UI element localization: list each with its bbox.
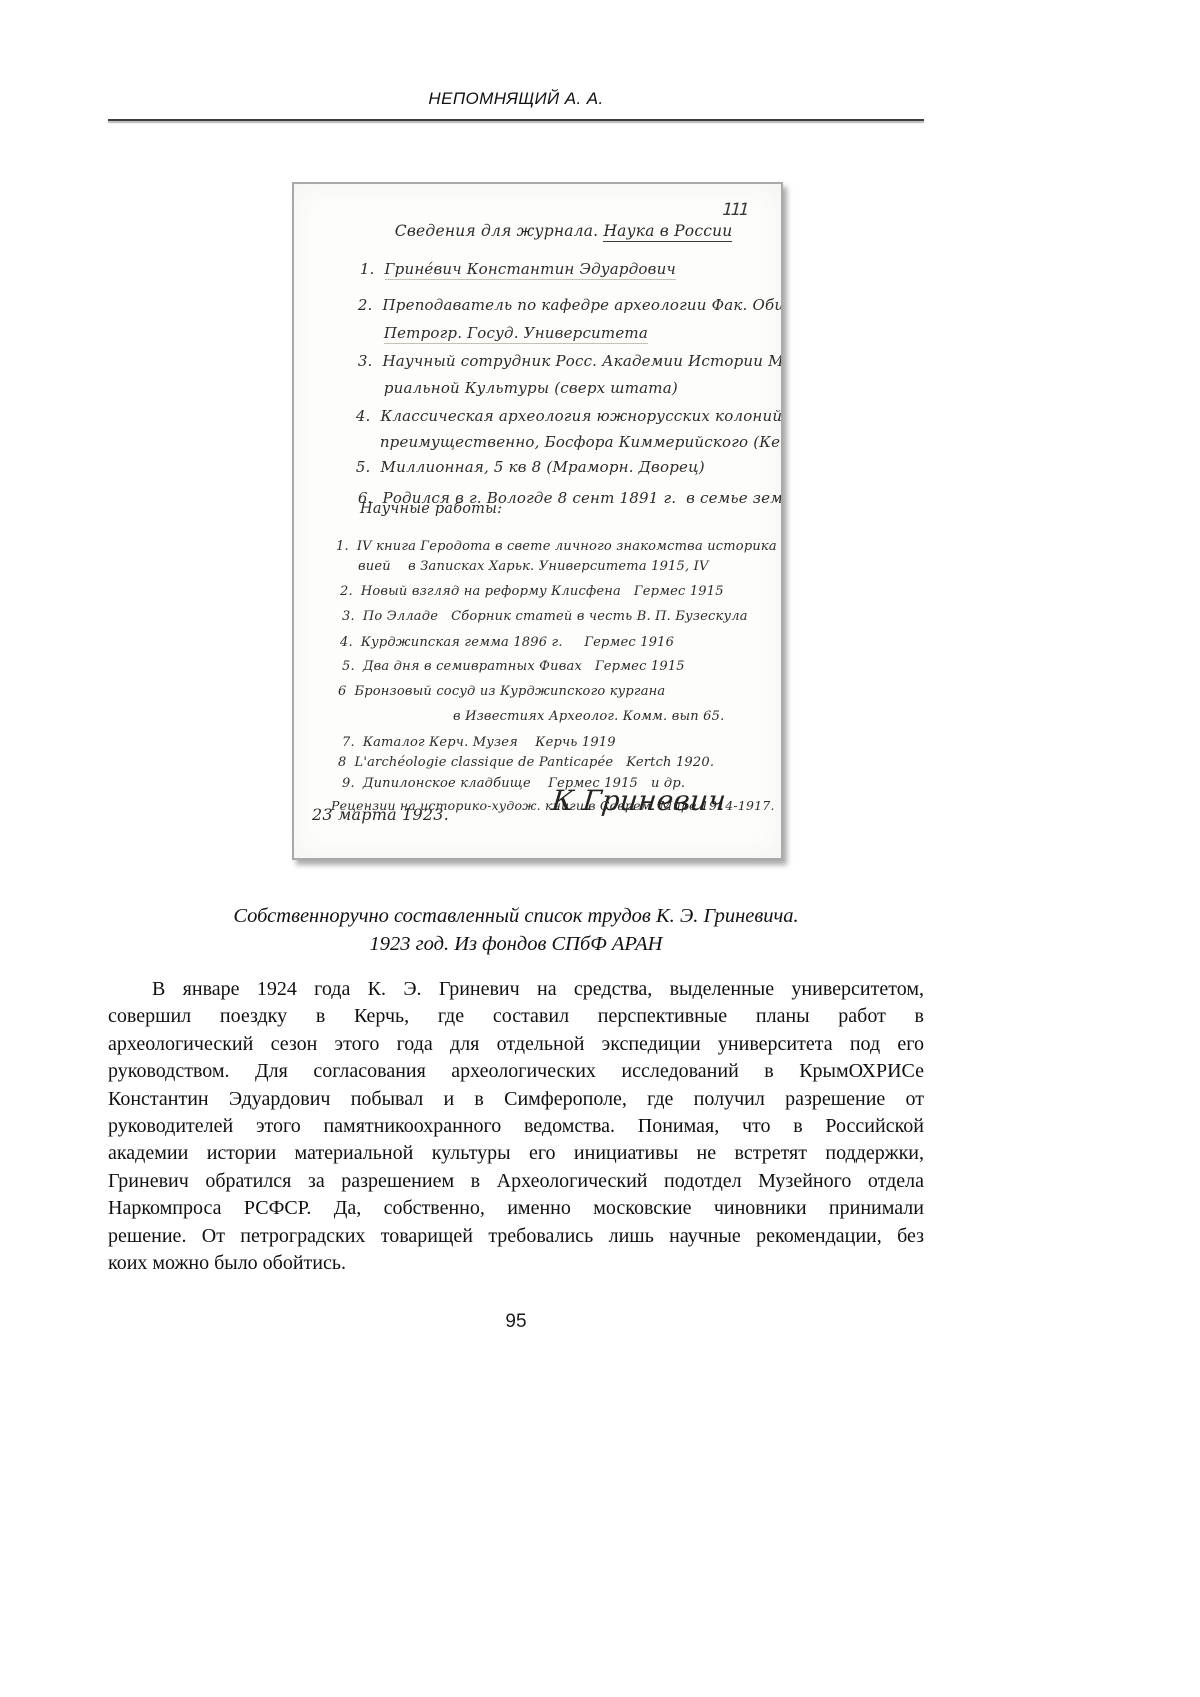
body-text-line: Наркомпроса РСФСР. Да, собственно, именн… xyxy=(108,1195,924,1222)
body-text-line: коих можно было обойтись. xyxy=(108,1250,924,1277)
body-text-line: руководителей этого памятникоохранного в… xyxy=(108,1113,924,1140)
scanned-document: Сведения для журнала. Наука в России 111… xyxy=(292,182,783,860)
body-text-line: академии истории материальной культуры е… xyxy=(108,1140,924,1167)
caption-line-2: 1923 год. Из фондов СПбФ АРАН xyxy=(108,930,924,958)
hw-title-underlined: Наука в России xyxy=(603,222,732,242)
body-text-line: Гриневич обратился за разрешением в Архе… xyxy=(108,1168,924,1195)
running-head: НЕПОМНЯЩИЙ А. А. xyxy=(108,89,924,109)
hw-signature: К Гриневич xyxy=(550,784,727,817)
body-text-line: совершил поездку в Керчь, где составил п… xyxy=(108,1003,924,1030)
body-text-line: археологический сезон этого года для отд… xyxy=(108,1031,924,1058)
header-rule xyxy=(108,119,924,121)
page: НЕПОМНЯЩИЙ А. А. Сведения для журнала. Н… xyxy=(0,0,1200,1697)
hw-works-header: Научные работы: xyxy=(360,501,502,517)
page-number: 95 xyxy=(108,1311,924,1333)
hw-title-prefix: Сведения для журнала. xyxy=(395,222,604,240)
hw-corner-mark: 111 xyxy=(720,200,750,220)
body-text-line: решение. От петроградских товарищей треб… xyxy=(108,1223,924,1250)
body-paragraph: В январе 1924 года К. Э. Гриневич на сре… xyxy=(108,976,924,1277)
figure-caption: Собственноручно составленный список труд… xyxy=(108,902,924,958)
body-text-line: В январе 1924 года К. Э. Гриневич на сре… xyxy=(108,976,924,1003)
caption-line-1: Собственноручно составленный список труд… xyxy=(108,902,924,930)
body-text-line: Константин Эдуардович побывал и в Симфер… xyxy=(108,1086,924,1113)
body-text-line: руководством. Для согласования археологи… xyxy=(108,1058,924,1085)
hw-date: 23 марта 1923. xyxy=(312,805,449,824)
